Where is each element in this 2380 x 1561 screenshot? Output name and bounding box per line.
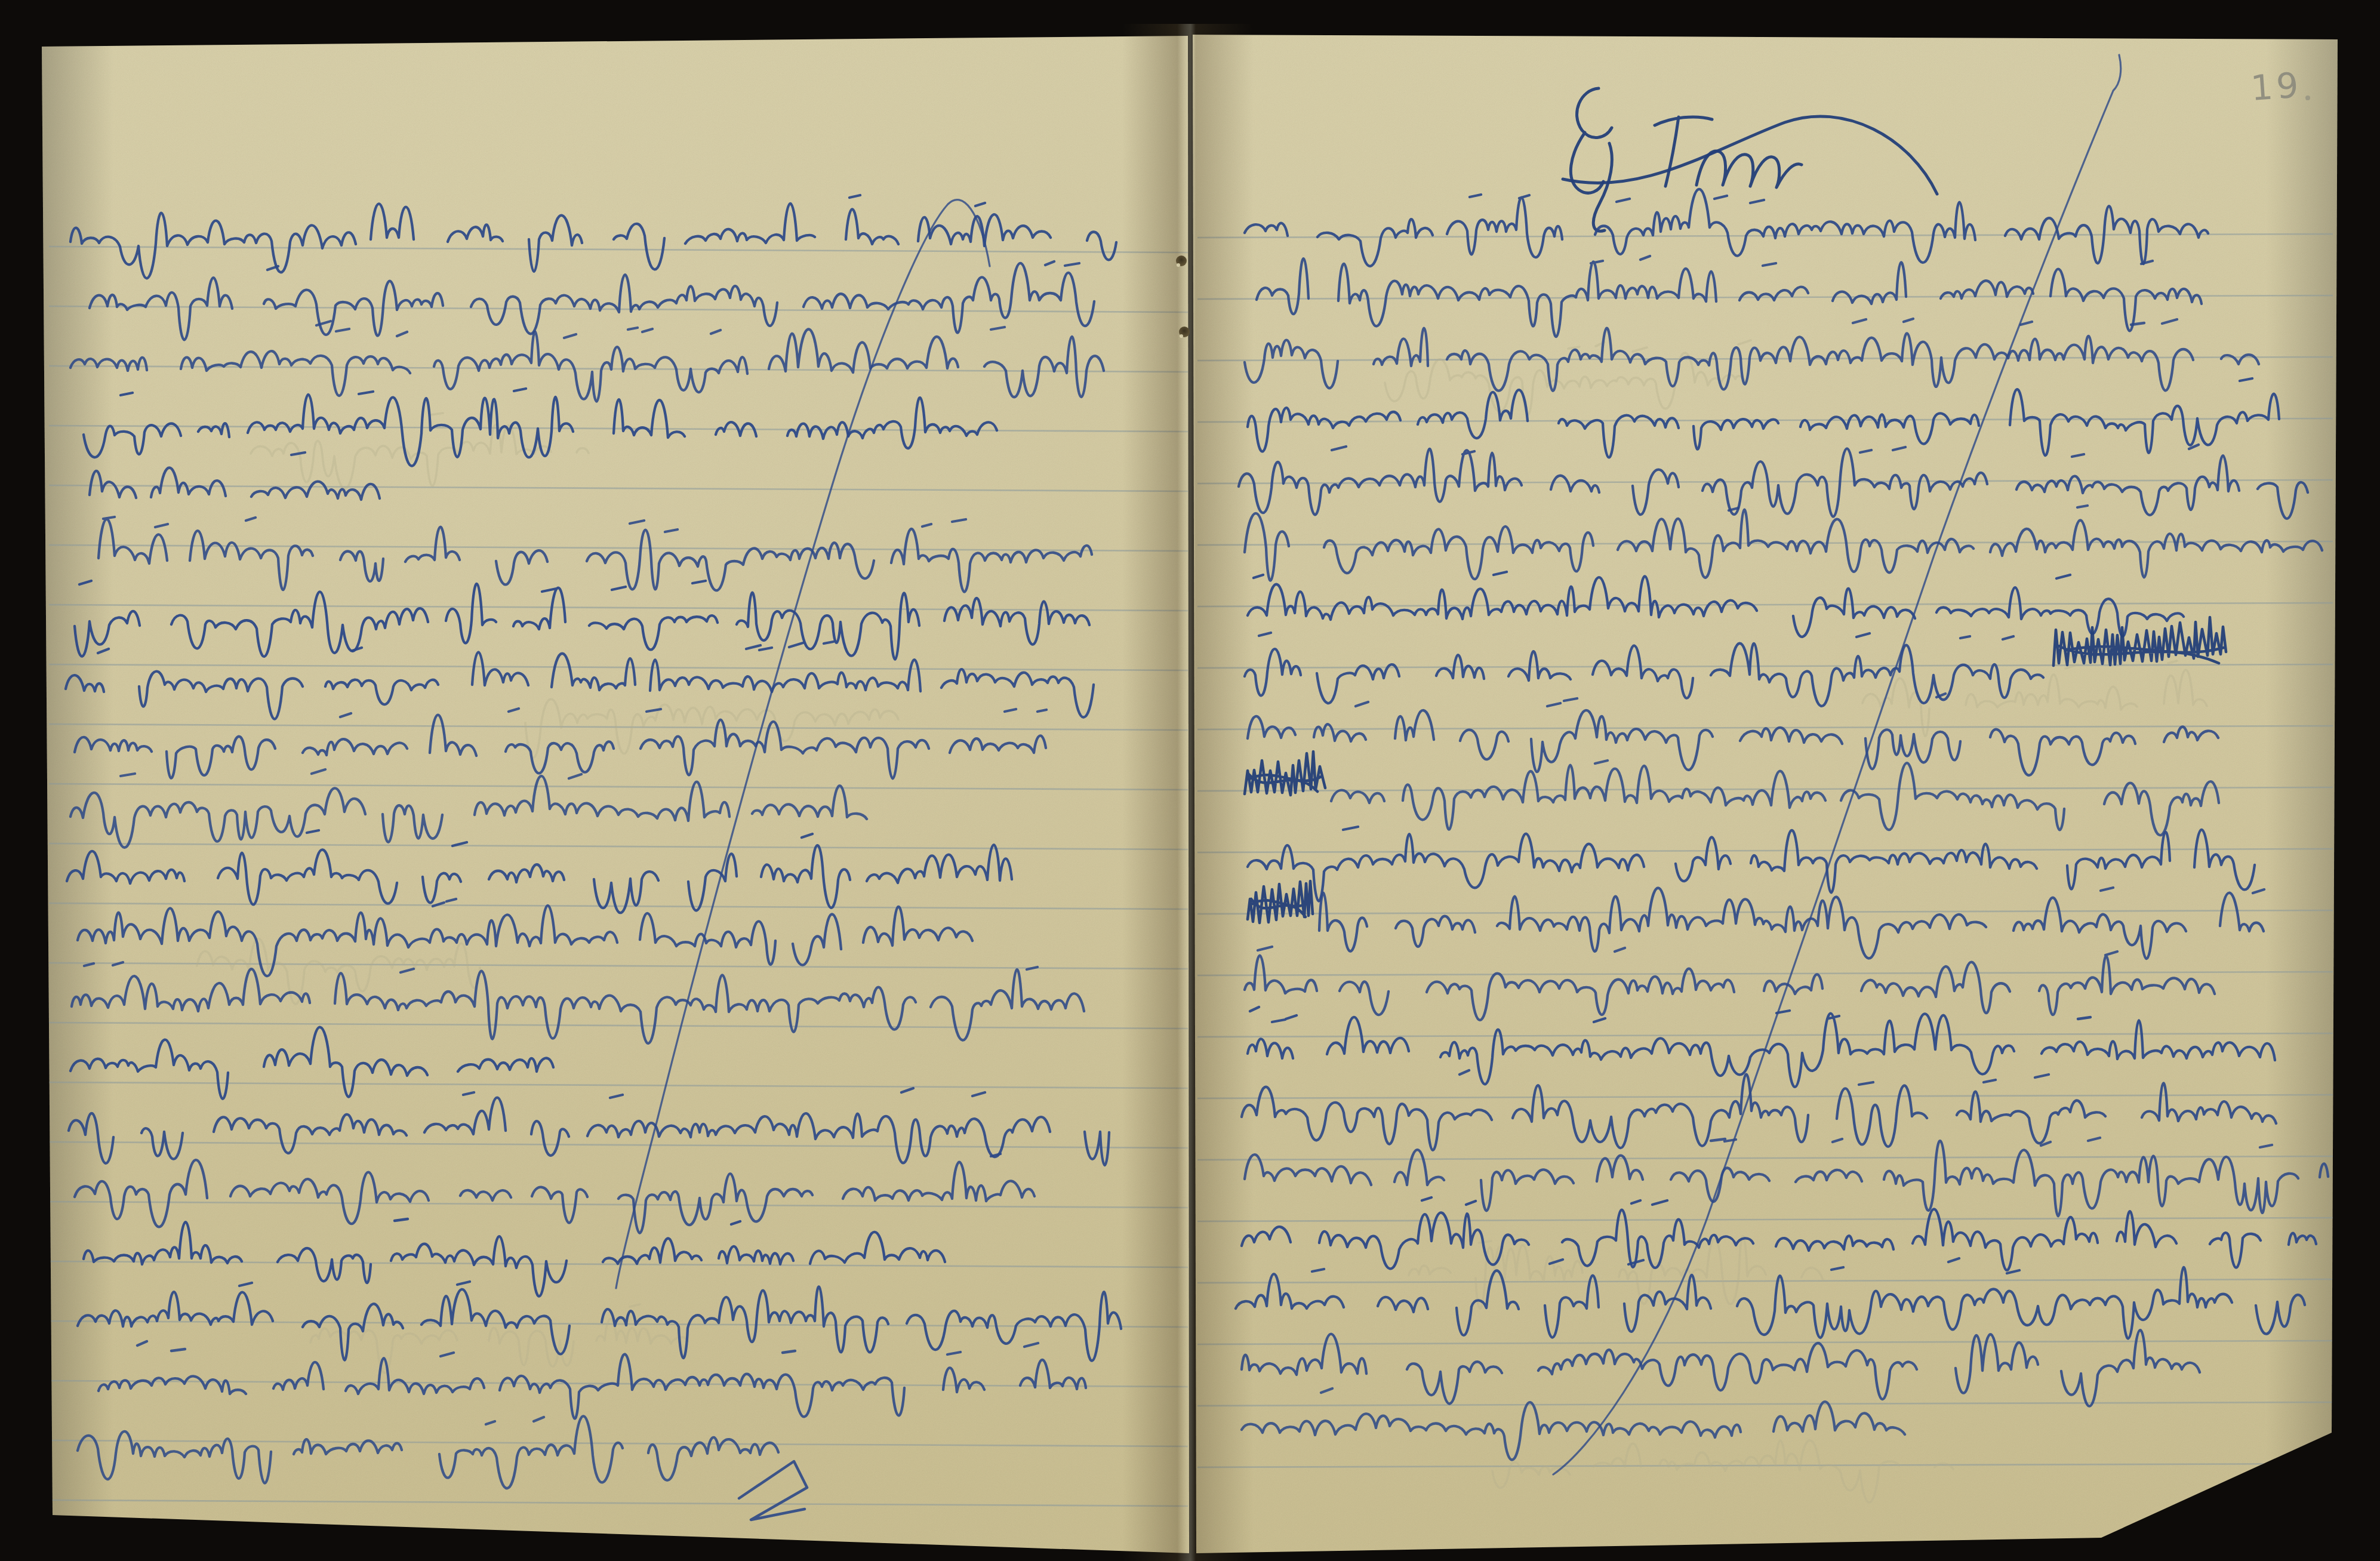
film-grain: [36, 30, 2346, 1558]
scan-canvas: 19: [0, 0, 2380, 1561]
notebook-scan: 19: [0, 0, 2380, 1561]
